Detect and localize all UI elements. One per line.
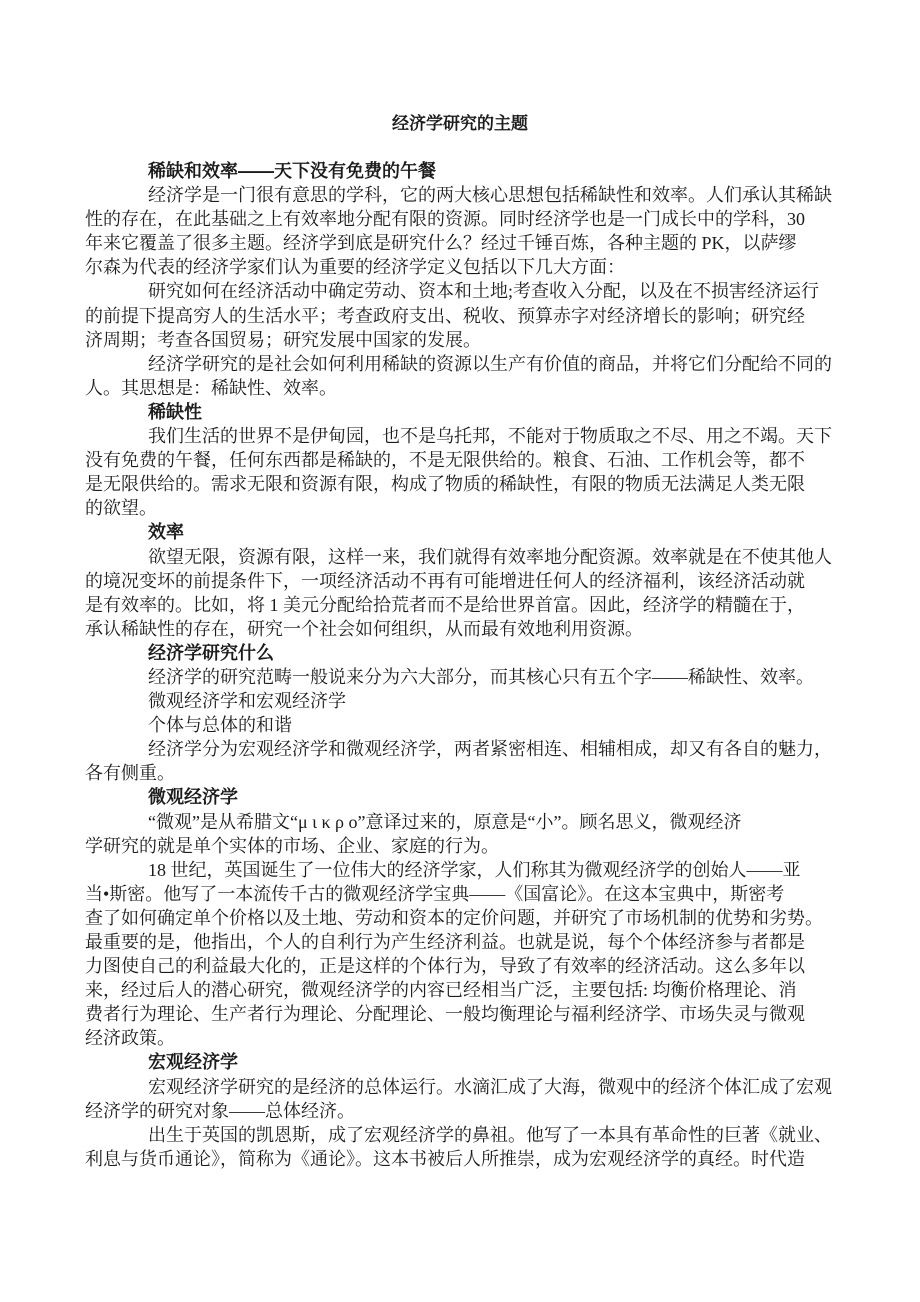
document-page: 经济学研究的主题 稀缺和效率——天下没有免费的午餐经济学是一门很有意思的学科，它… [0, 0, 920, 1302]
document-body: 稀缺和效率——天下没有免费的午餐经济学是一门很有意思的学科，它的两大核心思想包括… [85, 159, 835, 1171]
text-line: 经济学的研究范畴一般说来分为六大部分，而其核心只有五个字——稀缺性、效率。 [85, 665, 835, 689]
text-line: 最重要的是，他指出，个人的自利行为产生经济利益。也就是说，每个个体经济参与者都是 [85, 930, 835, 954]
text-line: 宏观经济学研究的是经济的总体运行。水滴汇成了大海，微观中的经济个体汇成了宏观 [85, 1075, 835, 1099]
text-line: 力图使自己的利益最大化的，正是这样的个体行为，导致了有效率的经济活动。这么多年以 [85, 954, 835, 978]
text-line: 的欲望。 [85, 496, 835, 520]
text-line: 学研究的就是单个实体的市场、企业、家庭的行为。 [85, 834, 835, 858]
text-line: “微观”是从希腊文“μ ι κ ρ ο”意译过来的，原意是“小”。顾名思义，微观… [85, 810, 835, 834]
text-line: 欲望无限，资源有限，这样一来，我们就得有效率地分配资源。效率就是在不使其他人 [85, 545, 835, 569]
text-line: 承认稀缺性的存在，研究一个社会如何组织，从而最有效地利用资源。 [85, 617, 835, 641]
section-heading: 稀缺和效率——天下没有免费的午餐 [85, 159, 835, 183]
text-line: 人。其思想是：稀缺性、效率。 [85, 376, 835, 400]
text-line: 尔森为代表的经济学家们认为重要的经济学定义包括以下几大方面： [85, 255, 835, 279]
section-heading: 微观经济学 [85, 785, 835, 809]
text-line: 是有效率的。比如，将 1 美元分配给拾荒者而不是给世界首富。因此，经济学的精髓在… [85, 593, 835, 617]
text-line: 研究如何在经济活动中确定劳动、资本和土地;考查收入分配，以及在不损害经济运行 [85, 279, 835, 303]
document-title: 经济学研究的主题 [85, 111, 835, 137]
text-line: 各有侧重。 [85, 761, 835, 785]
text-line: 18 世纪，英国诞生了一位伟大的经济学家，人们称其为微观经济学的创始人——亚 [85, 858, 835, 882]
text-line: 经济政策。 [85, 1026, 835, 1050]
text-line: 的境况变坏的前提条件下，一项经济活动不再有可能增进任何人的经济福利，该经济活动就 [85, 569, 835, 593]
text-line: 微观经济学和宏观经济学 [85, 689, 835, 713]
text-line: 经济学是一门很有意思的学科，它的两大核心思想包括稀缺性和效率。人们承认其稀缺 [85, 183, 835, 207]
text-line: 我们生活的世界不是伊甸园，也不是乌托邦，不能对于物质取之不尽、用之不竭。天下 [85, 424, 835, 448]
section-heading: 经济学研究什么 [85, 641, 835, 665]
text-line: 当•斯密。他写了一本流传千古的微观经济学宝典——《国富论》。在这本宝典中，斯密考 [85, 882, 835, 906]
text-line: 来，经过后人的潜心研究，微观经济学的内容已经相当广泛，主要包括: 均衡价格理论、… [85, 978, 835, 1002]
text-line: 没有免费的午餐，任何东西都是稀缺的，不是无限供给的。粮食、石油、工作机会等，都不 [85, 448, 835, 472]
text-line: 性的存在，在此基础之上有效率地分配有限的资源。同时经济学也是一门成长中的学科，3… [85, 207, 835, 231]
section-heading: 宏观经济学 [85, 1050, 835, 1074]
text-line: 经济学的研究对象——总体经济。 [85, 1099, 835, 1123]
text-line: 年来它覆盖了很多主题。经济学到底是研究什么？经过千锤百炼，各种主题的 PK，以萨… [85, 231, 835, 255]
text-line: 的前提下提高穷人的生活水平；考查政府支出、税收、预算赤字对经济增长的影响；研究经 [85, 304, 835, 328]
text-line: 费者行为理论、生产者行为理论、分配理论、一般均衡理论与福利经济学、市场失灵与微观 [85, 1002, 835, 1026]
section-heading: 稀缺性 [85, 400, 835, 424]
section-heading: 效率 [85, 520, 835, 544]
text-line: 经济学研究的是社会如何利用稀缺的资源以生产有价值的商品，并将它们分配给不同的 [85, 352, 835, 376]
text-line: 个体与总体的和谐 [85, 713, 835, 737]
text-line: 利息与货币通论》，简称为《通论》。这本书被后人所推崇，成为宏观经济学的真经。时代… [85, 1147, 835, 1171]
text-line: 经济学分为宏观经济学和微观经济学，两者紧密相连、相辅相成，却又有各自的魅力， [85, 737, 835, 761]
text-line: 济周期；考查各国贸易；研究发展中国家的发展。 [85, 328, 835, 352]
text-line: 出生于英国的凯恩斯，成了宏观经济学的鼻祖。他写了一本具有革命性的巨著《就业、 [85, 1123, 835, 1147]
text-line: 查了如何确定单个价格以及土地、劳动和资本的定价问题，并研究了市场机制的优势和劣势… [85, 906, 835, 930]
text-line: 是无限供给的。需求无限和资源有限，构成了物质的稀缺性，有限的物质无法满足人类无限 [85, 472, 835, 496]
